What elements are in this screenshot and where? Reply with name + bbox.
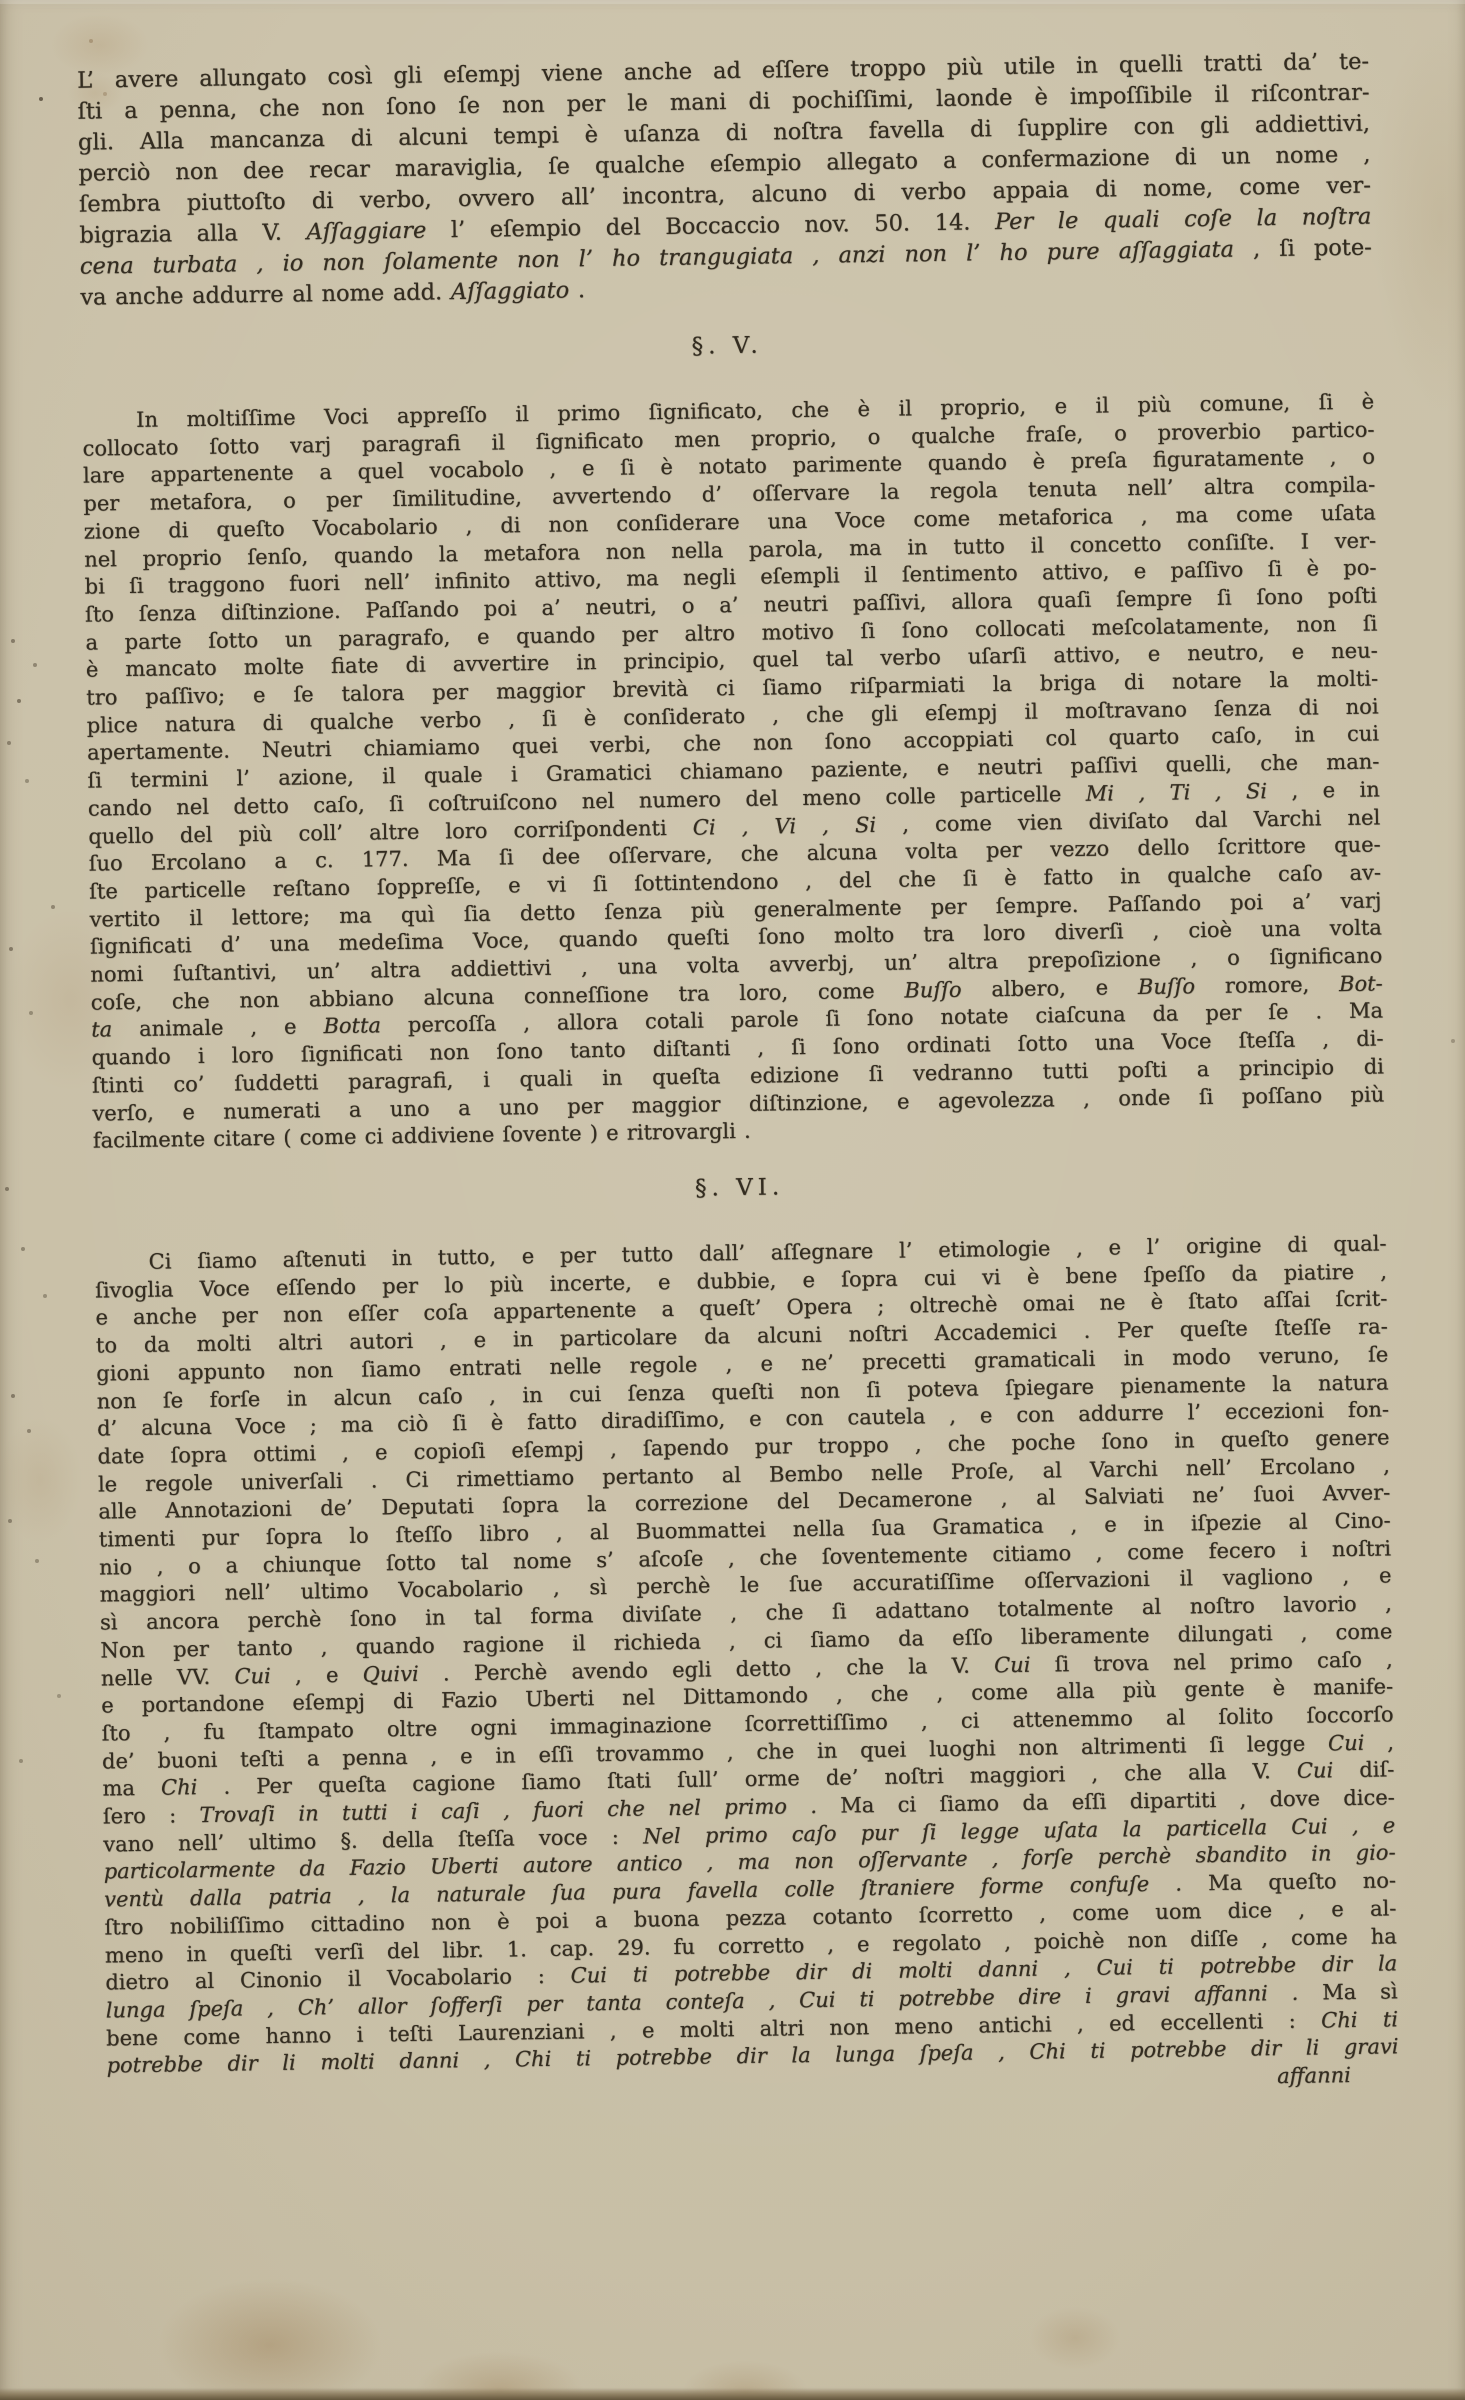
text-segment: ma (102, 1776, 161, 1801)
paragraph-section-vi: Ci ſiamo aſtenuti in tutto, e per tutto … (94, 1230, 1399, 2108)
italic-text-segment: Cui (1328, 1730, 1365, 1755)
italic-text-segment: affanni (1277, 2063, 1351, 2088)
text-segment: , e (271, 1662, 363, 1687)
text-segment: Ma queſto no- (1182, 1868, 1396, 1895)
text-segment: ſi trova nel primo caſo , (1030, 1647, 1393, 1676)
paragraph-section-v: In moltiſſime Voci appreſſo il primo ſig… (82, 388, 1385, 1155)
italic-text-segment: Aſſaggiare (306, 218, 426, 246)
text-segment: . (569, 277, 585, 303)
text-segment: va anche addurre al nome add. (80, 279, 451, 310)
text-segment: animale , e (112, 1015, 324, 1042)
italic-text-segment: Aſſaggiato (451, 277, 570, 305)
text-segment: , ſi pote- (1234, 235, 1372, 263)
italic-text-segment: Chi ti (1321, 2007, 1398, 2032)
text-segment: romore, (1195, 972, 1339, 998)
page-text: L’ avere allungato così gli eſempj viene… (77, 47, 1399, 2109)
text-segment: albero, e (961, 975, 1138, 1002)
italic-text-segment: Cui (234, 1664, 271, 1689)
italic-text-segment: Mi , Ti , Si (1086, 779, 1268, 806)
paper-specks (0, 0, 2, 2)
italic-text-segment: Per le quali coſe la noſtra (995, 204, 1372, 236)
italic-text-segment: Cui (994, 1652, 1031, 1677)
text-segment: bigrazia alla V. (79, 219, 306, 248)
italic-text-segment: Quivi (362, 1661, 418, 1686)
italic-text-segment: Botta (323, 1014, 381, 1039)
italic-text-segment: Ci , Vi , Si (693, 812, 877, 839)
text-segment: , e in (1267, 777, 1380, 803)
text-segment: dietro al Cinonio il Vocabolario : (105, 1964, 571, 1995)
paragraph-section-iv-continuation: L’ avere allungato così gli eſempj viene… (77, 47, 1373, 314)
italic-text-segment: Cui (1297, 1759, 1334, 1784)
text-segment: diſ- (1333, 1758, 1395, 1783)
text-segment: Ma sì (1298, 1979, 1398, 2004)
page-bottom-edge (0, 2388, 1465, 2400)
italic-text-segment: Bot- (1339, 971, 1383, 996)
page-top-edge (0, 0, 1465, 4)
italic-text-segment: Chi (161, 1775, 198, 1800)
text-segment: nelle VV. (101, 1664, 235, 1690)
text-segment: , (1364, 1730, 1394, 1754)
italic-text-segment: Buſſo (904, 977, 962, 1002)
italic-text-segment: Buſſo (1138, 974, 1196, 999)
text-segment: ſero : (103, 1803, 200, 1828)
book-page: L’ avere allungato così gli eſempj viene… (0, 0, 1465, 2400)
heading-section-v: §. V. (81, 322, 1373, 369)
heading-section-vi: §. VI. (94, 1164, 1386, 1211)
italic-text-segment: ta (91, 1018, 112, 1042)
